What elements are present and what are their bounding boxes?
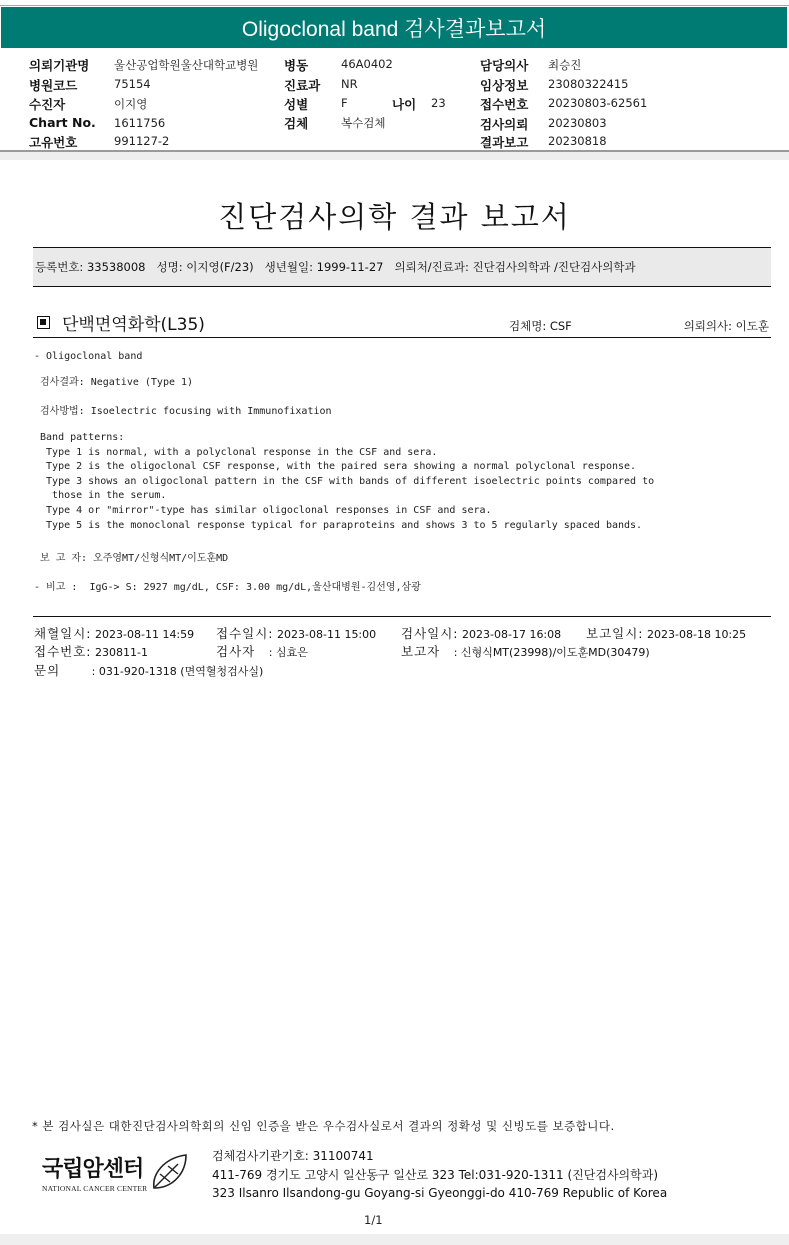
tester-label: 검사자 [216, 644, 255, 659]
info-label-clinical: 임상정보 [480, 76, 528, 94]
info-label-receipt-no: 접수번호 [480, 95, 528, 113]
accession-value: 230811-1 [95, 646, 148, 659]
info-value-age: 23 [431, 96, 446, 110]
test-time-value: 2023-08-17 16:08 [462, 628, 561, 641]
institution-code: 검체검사기관기호: 31100741 [212, 1147, 374, 1164]
info-label-age: 나이 [392, 95, 416, 113]
info-value-department: NR [341, 77, 358, 91]
test-name: - Oligoclonal band [34, 351, 142, 362]
top-border [0, 0, 789, 6]
report-time: 보고일시: 2023-08-18 10:25 [586, 624, 746, 642]
info-value-request-date: 20230803 [548, 116, 607, 130]
ordering-doctor: 의뢰의사: 이도훈 [684, 318, 769, 334]
reporter: 보고자 : 신형식MT(23998)/이도훈MD(30479) [401, 642, 650, 660]
info-label: Chart No. [29, 115, 96, 130]
specimen-name: 검체명: CSF [509, 318, 572, 334]
info-chart-no: Chart No. [29, 115, 96, 130]
contact-label: 문의 [34, 663, 60, 678]
info-label-ward: 병동 [284, 56, 308, 74]
report-time-label: 보고일시: [586, 626, 644, 641]
section-title: 단백면역화학(L35) [37, 310, 205, 335]
info-value-physician: 최승진 [548, 57, 581, 73]
page-number: 1/1 [364, 1213, 383, 1227]
info-value: 이지영 [114, 96, 147, 112]
info-label: 수진자 [29, 97, 65, 112]
info-value: 울산공업학원울산대학교병원 [114, 57, 258, 73]
info-value-specimen: 복수검체 [341, 115, 385, 131]
info-value-sex: F [341, 96, 348, 110]
report-time-value: 2023-08-18 10:25 [647, 628, 746, 641]
received-label: 접수일시: [216, 626, 274, 641]
test-time-label: 검사일시: [401, 626, 459, 641]
info-label-specimen: 검체 [284, 114, 308, 132]
reporter-label: 보고자 [401, 644, 440, 659]
test-method: 검사방법: Isoelectric focusing with Immunofi… [34, 402, 332, 417]
band-type-3-cont: those in the serum. [34, 490, 166, 501]
address-english: 323 Ilsanro Ilsandong-gu Goyang-si Gyeon… [212, 1186, 667, 1200]
ncc-logo: 국립암센터 NATIONAL CANCER CENTER [42, 1152, 192, 1198]
accession-label: 접수번호: [34, 644, 92, 659]
section-title-text: 단백면역화학(L35) [62, 310, 205, 335]
page-bottom-margin [0, 1234, 789, 1245]
reporter-value: : 신형식MT(23998)/이도훈MD(30479) [454, 646, 650, 659]
contact-value: : 031-920-1318 (면역혈청검사실) [92, 665, 264, 678]
report-header-bar: Oligoclonal band 검사결과보고서 [1, 7, 787, 48]
patient-summary-bar: 등록번호: 33538008 성명: 이지영(F/23) 생년월일: 1999-… [33, 247, 771, 287]
band-type-2: Type 2 is the oligoclonal CSF response, … [34, 461, 636, 472]
info-value: 991127-2 [114, 134, 169, 148]
info-patient: 수진자 [29, 95, 65, 113]
test-time: 검사일시: 2023-08-17 16:08 [401, 624, 561, 642]
info-label-request-date: 검사의뢰 [480, 115, 528, 133]
info-label-department: 진료과 [284, 76, 320, 94]
collection-time: 채혈일시: 2023-08-11 14:59 [34, 624, 194, 642]
info-label-report-date: 결과보고 [480, 133, 528, 151]
tester-value: : 심효은 [269, 646, 308, 659]
leaf-icon [150, 1152, 190, 1192]
info-value-ward: 46A0402 [341, 57, 393, 71]
reporters: 보 고 자: 오주영MT/신형식MT/이도훈MD [34, 549, 228, 564]
info-label: 병원코드 [29, 78, 77, 93]
received-time: 접수일시: 2023-08-11 15:00 [216, 624, 376, 642]
received-value: 2023-08-11 15:00 [277, 628, 376, 641]
info-requesting-institution: 의뢰기관명 [29, 56, 89, 74]
info-value: 1611756 [114, 116, 165, 130]
info-value-report-date: 20230818 [548, 134, 607, 148]
band-type-4: Type 4 or "mirror"-type has similar olig… [34, 505, 492, 516]
document-title: 진단검사의학 결과 보고서 [0, 195, 789, 236]
info-label-physician: 담당의사 [480, 56, 528, 74]
patient-info-grid: 의뢰기관명 울산공업학원울산대학교병원 병원코드 75154 수진자 이지영 C… [0, 54, 789, 150]
info-label-sex: 성별 [284, 95, 308, 113]
section-header: 단백면역화학(L35) 검체명: CSF 의뢰의사: 이도훈 [33, 308, 771, 338]
band-type-3: Type 3 shows an oligoclonal pattern in t… [34, 476, 654, 487]
report-header-title: Oligoclonal band 검사결과보고서 [242, 13, 546, 43]
accession: 접수번호: 230811-1 [34, 642, 148, 660]
referring-department: 의뢰처/진료과: 진단검사의학과 /진단검사의학과 [394, 259, 635, 275]
address-korean: 411-769 경기도 고양시 일산동구 일산로 323 Tel:031-920… [212, 1166, 658, 1183]
certification-note: * 본 검사실은 대한진단검사의학회의 신임 인증을 받은 우수검사실로서 결과… [32, 1118, 615, 1134]
registration-number: 등록번호: 33538008 [35, 259, 146, 275]
info-unique-no: 고유번호 [29, 133, 77, 151]
remark: - 비고 : IgG-> S: 2927 mg/dL, CSF: 3.00 mg… [34, 578, 421, 593]
band-type-5: Type 5 is the monoclonal response typica… [34, 520, 642, 531]
tester: 검사자 : 심효은 [216, 642, 308, 660]
patient-name: 성명: 이지영(F/23) [157, 259, 254, 275]
band-type-1: Type 1 is normal, with a polyclonal resp… [34, 447, 437, 458]
collection-label: 채혈일시: [34, 626, 92, 641]
contact: 문의 : 031-920-1318 (면역혈청검사실) [34, 661, 263, 679]
info-label: 고유번호 [29, 135, 77, 150]
info-label: 의뢰기관명 [29, 58, 89, 73]
info-value-clinical: 23080322415 [548, 77, 628, 91]
collection-value: 2023-08-11 14:59 [95, 628, 194, 641]
test-result: 검사결과: Negative (Type 1) [34, 373, 193, 388]
filled-square-icon [37, 316, 50, 329]
info-value: 75154 [114, 77, 151, 91]
band-patterns-header: Band patterns: [34, 432, 124, 443]
info-hospital-code: 병원코드 [29, 76, 77, 94]
info-value-receipt-no: 20230803-62561 [548, 96, 647, 110]
divider [33, 616, 771, 617]
page-separator [0, 150, 789, 175]
date-of-birth: 생년월일: 1999-11-27 [265, 259, 384, 275]
